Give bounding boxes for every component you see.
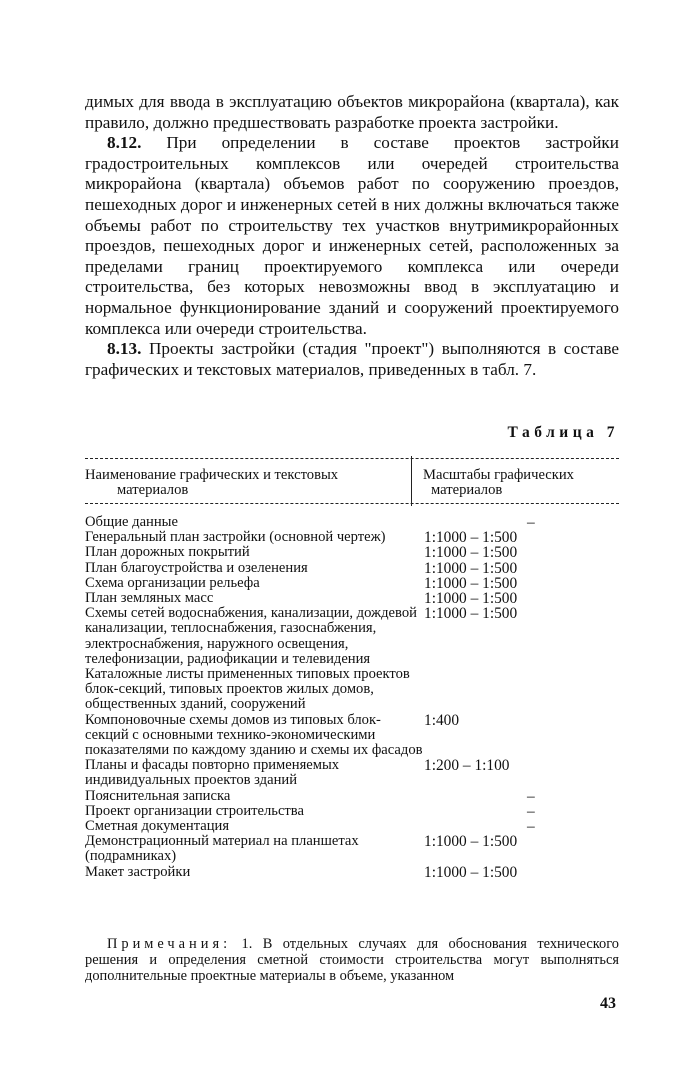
- table-row: Макет застройки1:1000 – 1:500: [85, 865, 619, 880]
- row-scale: 1:1000 – 1:500: [424, 865, 517, 880]
- table-row: Проект организации строительства–: [85, 804, 619, 819]
- table-row: Схема организации рельефа1:1000 – 1:500: [85, 576, 619, 591]
- row-material-name: Демонстрационный материал на планшетах (…: [85, 834, 424, 864]
- row-material-name: Макет застройки: [85, 865, 424, 880]
- row-material-name: План благоустройства и озеленения: [85, 561, 424, 576]
- header-divider: [411, 456, 412, 506]
- row-scale: 1:1000 – 1:500: [424, 545, 517, 560]
- row-scale: –: [424, 515, 535, 530]
- table-row: План земляных масс1:1000 – 1:500: [85, 591, 619, 606]
- row-scale: 1:1000 – 1:500: [424, 606, 517, 667]
- row-material-name: Проект организации строительства: [85, 804, 424, 819]
- table-body: Общие данные–Генеральный план застройки …: [85, 515, 619, 880]
- row-scale: –: [424, 804, 535, 819]
- row-material-name: Схема организации рельефа: [85, 576, 424, 591]
- row-material-name: Сметная документация: [85, 819, 424, 834]
- table-row: Схемы сетей водоснабжения, канализации, …: [85, 606, 619, 667]
- table-row: Каталожные листы примененных типовых про…: [85, 667, 619, 713]
- table-row: Планы и фасады повторно применяемых инди…: [85, 758, 619, 788]
- paragraph-continuation: димых для ввода в эксплуатацию объектов …: [85, 92, 619, 133]
- row-material-name: Общие данные: [85, 515, 424, 530]
- paragraph-number: 8.13.: [107, 339, 141, 358]
- table-row: Сметная документация–: [85, 819, 619, 834]
- page-number: 43: [600, 995, 616, 1013]
- paragraph-text: димых для ввода в эксплуатацию объектов …: [85, 92, 619, 132]
- header-name-line1: Наименование графических и текстовых: [85, 468, 405, 483]
- row-material-name: План земляных масс: [85, 591, 424, 606]
- table-row: Общие данные–: [85, 515, 619, 530]
- paragraph-number: 8.12.: [107, 133, 141, 152]
- table-row: Пояснительная записка–: [85, 789, 619, 804]
- row-material-name: Пояснительная записка: [85, 789, 424, 804]
- paragraph-8-13: 8.13. Проекты застройки (стадия "проект"…: [85, 339, 619, 380]
- header-name-line2: материалов: [85, 483, 405, 498]
- row-material-name: Генеральный план застройки (основной чер…: [85, 530, 424, 545]
- row-scale: 1:400: [424, 713, 459, 759]
- body-text: димых для ввода в эксплуатацию объектов …: [85, 92, 619, 380]
- table-header: Наименование графических и текстовых мат…: [85, 458, 619, 504]
- row-scale: 1:200 – 1:100: [424, 758, 510, 788]
- table-row: Генеральный план застройки (основной чер…: [85, 530, 619, 545]
- row-material-name: План дорожных покрытий: [85, 545, 424, 560]
- table-row: План дорожных покрытий1:1000 – 1:500: [85, 545, 619, 560]
- row-material-name: Компоновочные схемы домов из типовых бло…: [85, 713, 424, 759]
- table-row: Демонстрационный материал на планшетах (…: [85, 834, 619, 864]
- table-note: Примечания: 1. В отдельных случаях для о…: [85, 936, 619, 984]
- row-material-name: Планы и фасады повторно применяемых инди…: [85, 758, 424, 788]
- row-material-name: Схемы сетей водоснабжения, канализации, …: [85, 606, 424, 667]
- note-label: Примечания:: [107, 936, 231, 952]
- header-scale-line1: Масштабы графических: [423, 468, 574, 483]
- table-row: План благоустройства и озеленения1:1000 …: [85, 561, 619, 576]
- row-scale: 1:1000 – 1:500: [424, 834, 517, 864]
- header-scale-line2: материалов: [423, 483, 574, 498]
- paragraph-text: При определении в составе проектов застр…: [85, 133, 619, 337]
- row-scale: –: [424, 819, 535, 834]
- row-scale: 1:1000 – 1:500: [424, 530, 517, 545]
- paragraph-text: Проекты застройки (стадия "проект") выпо…: [85, 339, 619, 379]
- row-scale: –: [424, 789, 535, 804]
- paragraph-8-12: 8.12. При определении в составе проектов…: [85, 133, 619, 339]
- row-scale: 1:1000 – 1:500: [424, 576, 517, 591]
- header-name-column: Наименование графических и текстовых мат…: [85, 468, 405, 498]
- materials-table: Наименование графических и текстовых мат…: [85, 458, 619, 880]
- table-row: Компоновочные схемы домов из типовых бло…: [85, 713, 619, 759]
- row-material-name: Каталожные листы примененных типовых про…: [85, 667, 424, 713]
- header-scale-column: Масштабы графических материалов: [423, 468, 574, 498]
- row-scale: 1:1000 – 1:500: [424, 561, 517, 576]
- table-title: Таблица 7: [85, 424, 619, 442]
- row-scale: 1:1000 – 1:500: [424, 591, 517, 606]
